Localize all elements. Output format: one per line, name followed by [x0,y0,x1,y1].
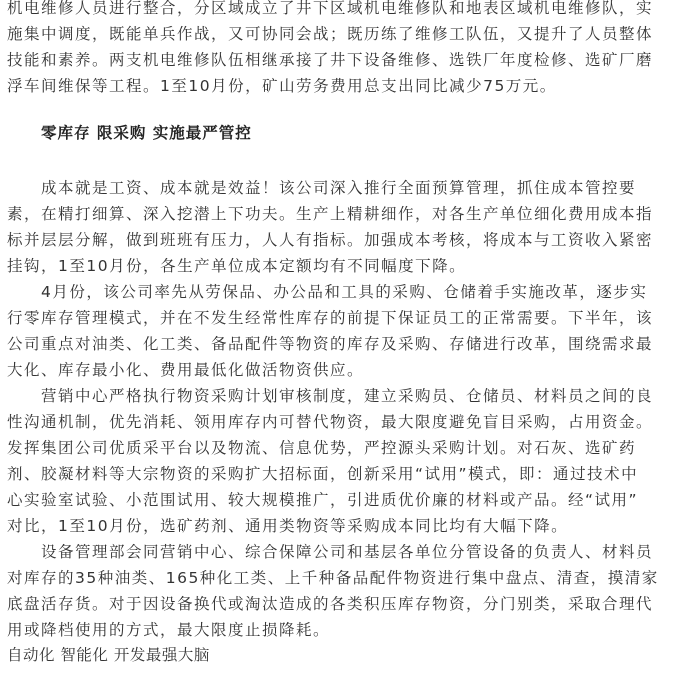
paragraph-3-line-1: 4月份，该公司率先从劳保品、办公品和工具的采购、仓储着手实施改革，逐步实 [41,282,647,302]
paragraph-5-line-1: 设备管理部会同营销中心、综合保障公司和基层各单位分管设备的负责人、材料员 [41,542,653,562]
paragraph-4-line-5: 心实验室试验、小范围试用、较大规模推广，引进质优价廉的材料或产品。经“试用” [7,490,638,510]
paragraph-4-line-2: 性沟通机制，优先消耗、领用库存内可替代物资，最大限度避免盲目采购，占用资金。 [7,412,653,432]
section-heading-zero-inventory: 零库存 限采购 实施最严管控 [41,123,252,143]
article-body: 机电维修人员进行整合，分区域成立了井下区域机电维修队和地表区域机电维修队，实 施… [0,0,688,697]
paragraph-4-line-6: 对比，1至10月份，选矿药剂、通用类物资等采购成本同比均有大幅下降。 [7,516,568,536]
paragraph-4-line-1: 营销中心严格执行物资采购计划审核制度，建立采购员、仓储员、材料员之间的良 [41,386,653,406]
paragraph-1-line-4: 浮车间维保等工程。1至10月份，矿山劳务费用总支出同比减少75万元。 [7,76,557,96]
paragraph-2-line-4: 挂钩，1至10月份，各生产单位成本定额均有不同幅度下降。 [7,256,466,276]
paragraph-3-line-3: 公司重点对油类、化工类、备品配件等物资的库存及采购、存储进行改革，围绕需求最 [7,334,653,354]
paragraph-5-line-4: 用或降档使用的方式，最大限度止损降耗。 [7,620,330,640]
paragraph-3-line-4: 大化、库存最小化、费用最低化做活物资供应。 [7,360,364,380]
paragraph-4-line-4: 剂、胶凝材料等大宗物资的采购扩大招标面，创新采用“试用”模式，即：通过技术中 [7,464,638,484]
paragraph-1-line-3: 技能和素养。两支机电维修队伍相继承接了井下设备维修、选铁厂年度检修、选矿厂磨 [7,50,653,70]
paragraph-1-line-2: 施集中调度，既能单兵作战，又可协同会战；既历练了维修工队伍，又提升了人员整体 [7,24,653,44]
paragraph-2-line-1: 成本就是工资、成本就是效益！该公司深入推行全面预算管理，抓住成本管控要 [41,178,636,198]
paragraph-3-line-2: 行零库存管理模式，并在不发生经常性库存的前提下保证员工的正常需要。下半年，该 [7,308,653,328]
paragraph-2-line-2: 素，在精打细算、深入挖潜上下功夫。生产上精耕细作，对各生产单位细化费用成本指 [7,204,653,224]
paragraph-4-line-3: 发挥集团公司优质采平台以及物流、信息优势，严控源头采购计划。对石灰、选矿药 [7,438,636,458]
section-heading-automation: 自动化 智能化 开发最强大脑 [7,645,210,665]
paragraph-5-line-2: 对库存的35种油类、165种化工类、上千种备品配件物资进行集中盘点、清查，摸清家 [7,568,659,588]
paragraph-5-line-3: 底盘活存货。对于因设备换代或淘汰造成的各类积压库存物资，分门别类，采取合理代 [7,594,653,614]
paragraph-2-line-3: 标并层层分解，做到班班有压力，人人有指标。加强成本考核，将成本与工资收入紧密 [7,230,653,250]
paragraph-1-line-1: 机电维修人员进行整合，分区域成立了井下区域机电维修队和地表区域机电维修队，实 [7,0,653,18]
